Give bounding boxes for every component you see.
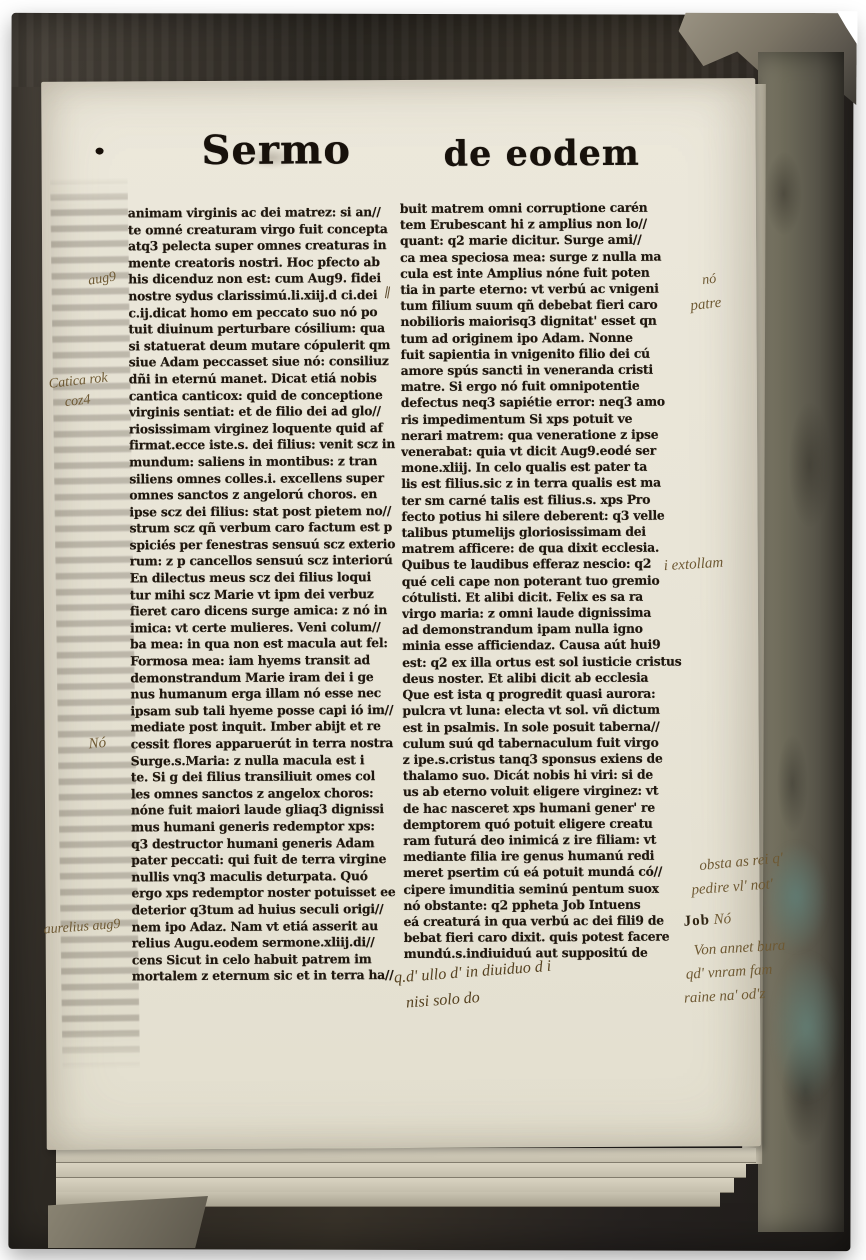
margin-note-cantica-2: coz4: [64, 392, 91, 411]
margin-note-patre: patre: [690, 295, 723, 315]
margin-note-job: Job Nó: [683, 911, 732, 931]
bottom-leaf-edge: [56, 1178, 734, 1193]
text-column-right: buit matrem omni corruptione carén tem E…: [400, 200, 686, 965]
margin-note-vnram: qd' vnram fam: [685, 962, 772, 984]
margin-note-raine: raine na' od'z: [684, 986, 766, 1008]
running-title-right: de eodem: [443, 133, 640, 175]
margin-note-job-no: Nó: [713, 911, 731, 928]
right-cover-board: [758, 52, 844, 1232]
margin-note-extollam: i extollam: [663, 555, 723, 575]
teal-stain: [772, 952, 842, 1102]
bottom-leaf-edge: [56, 1148, 756, 1163]
margin-note-no-left: Nó: [88, 735, 107, 754]
margin-note-no-right: nó: [701, 272, 717, 289]
footnote-line-2: nisi solo do: [405, 989, 480, 1012]
text-column-left: animam virginis ac dei matrez: si an// t…: [128, 204, 414, 989]
bottom-leaf-edge: [56, 1163, 746, 1178]
printed-page: Sermo de eodem animam virginis ac dei ma…: [41, 78, 761, 1150]
running-title-left: Sermo: [201, 126, 351, 174]
margin-note-job-word: Job: [683, 912, 710, 929]
ink-dot: [96, 148, 104, 155]
book-photograph: Sermo de eodem animam virginis ac dei ma…: [0, 0, 866, 1260]
